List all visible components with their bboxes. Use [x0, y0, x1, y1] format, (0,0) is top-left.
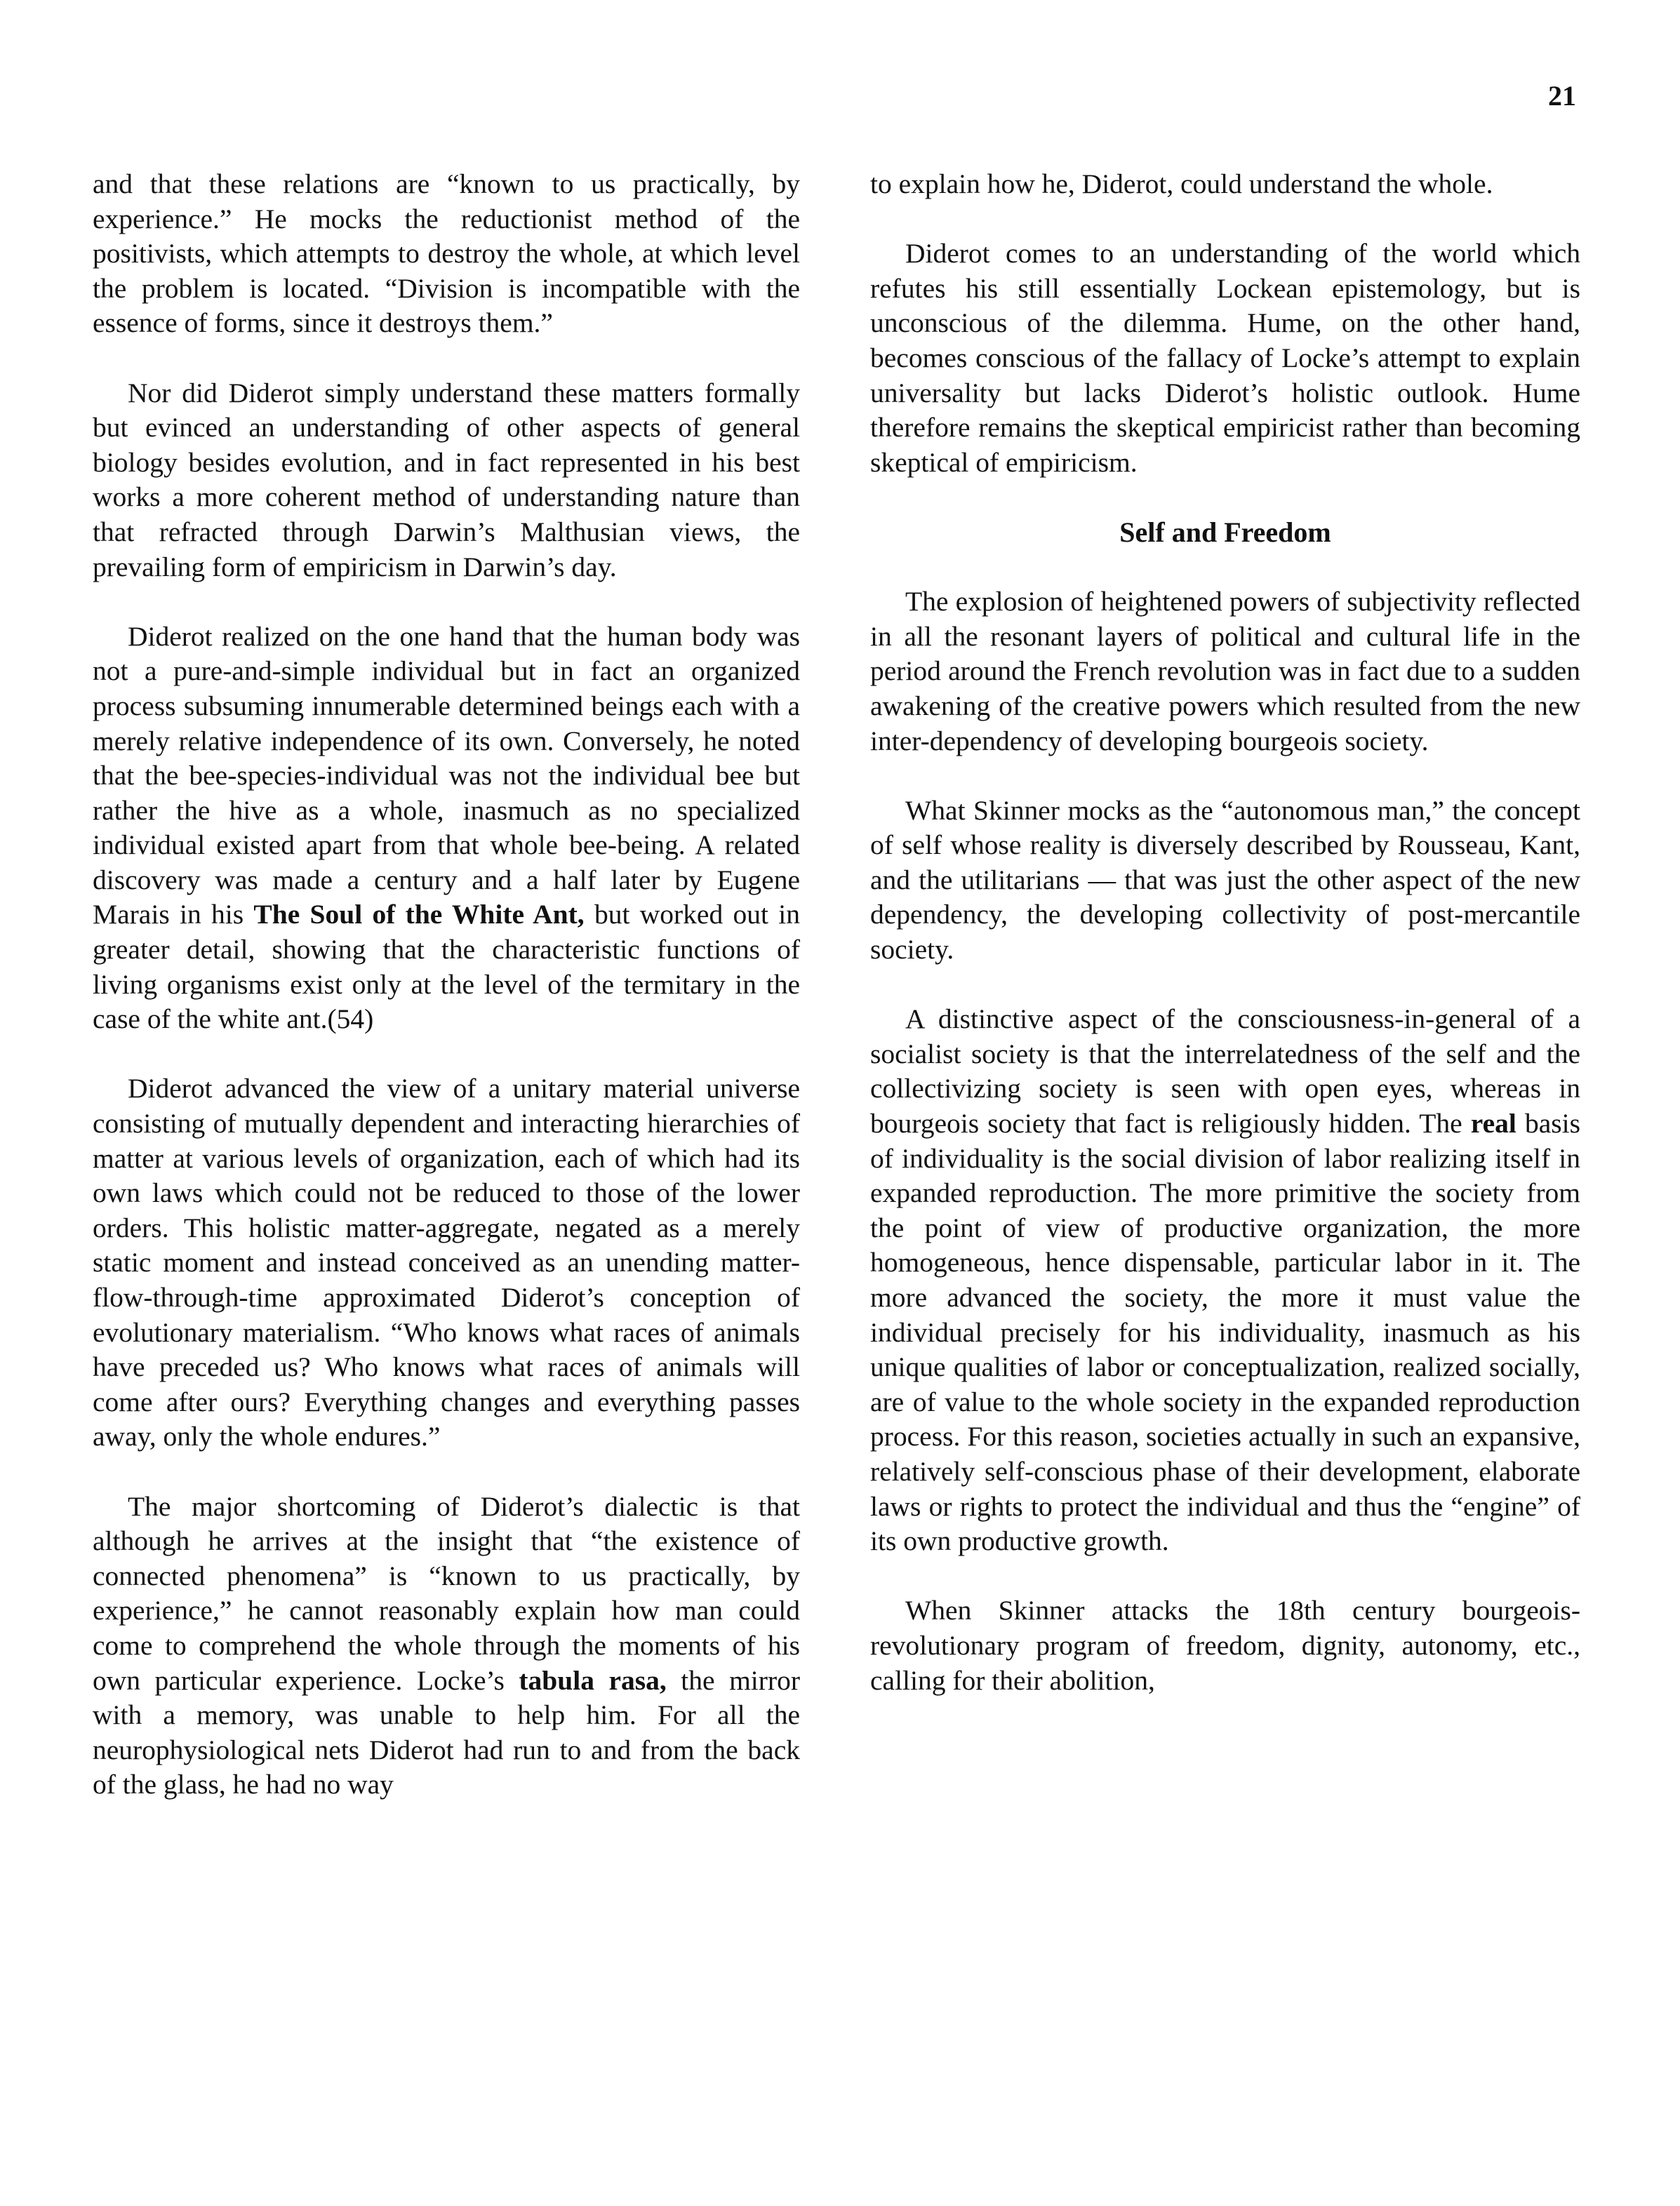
paragraph-text: Diderot realized on the one hand that th… [93, 621, 800, 930]
paragraph-text: basis of individuality is the social div… [870, 1108, 1580, 1556]
paragraph: The explosion of heightened powers of su… [870, 584, 1580, 758]
section-heading: Self and Freedom [870, 515, 1580, 550]
emphasis-bold: real [1471, 1108, 1516, 1139]
left-column: and that these relations are “known to u… [93, 167, 800, 1803]
right-column: to explain how he, Diderot, could unders… [870, 167, 1580, 1698]
paragraph: Diderot realized on the one hand that th… [93, 620, 800, 1037]
paragraph: Diderot advanced the view of a unitary m… [93, 1071, 800, 1455]
book-title-bold: The Soul of the White Ant, [253, 899, 584, 930]
paragraph: and that these relations are “known to u… [93, 167, 800, 341]
paragraph: to explain how he, Diderot, could unders… [870, 167, 1580, 202]
paragraph: When Skinner attacks the 18th century bo… [870, 1593, 1580, 1698]
paragraph: A distinctive aspect of the consciousnes… [870, 1002, 1580, 1559]
page-number: 21 [1548, 79, 1576, 114]
paragraph: What Skinner mocks as the “autonomous ma… [870, 794, 1580, 968]
term-bold: tabula rasa, [519, 1665, 666, 1696]
paragraph: The major shortcoming of Diderot’s diale… [93, 1490, 800, 1803]
paragraph: Nor did Diderot simply understand these … [93, 376, 800, 585]
paragraph: Diderot comes to an understanding of the… [870, 236, 1580, 480]
